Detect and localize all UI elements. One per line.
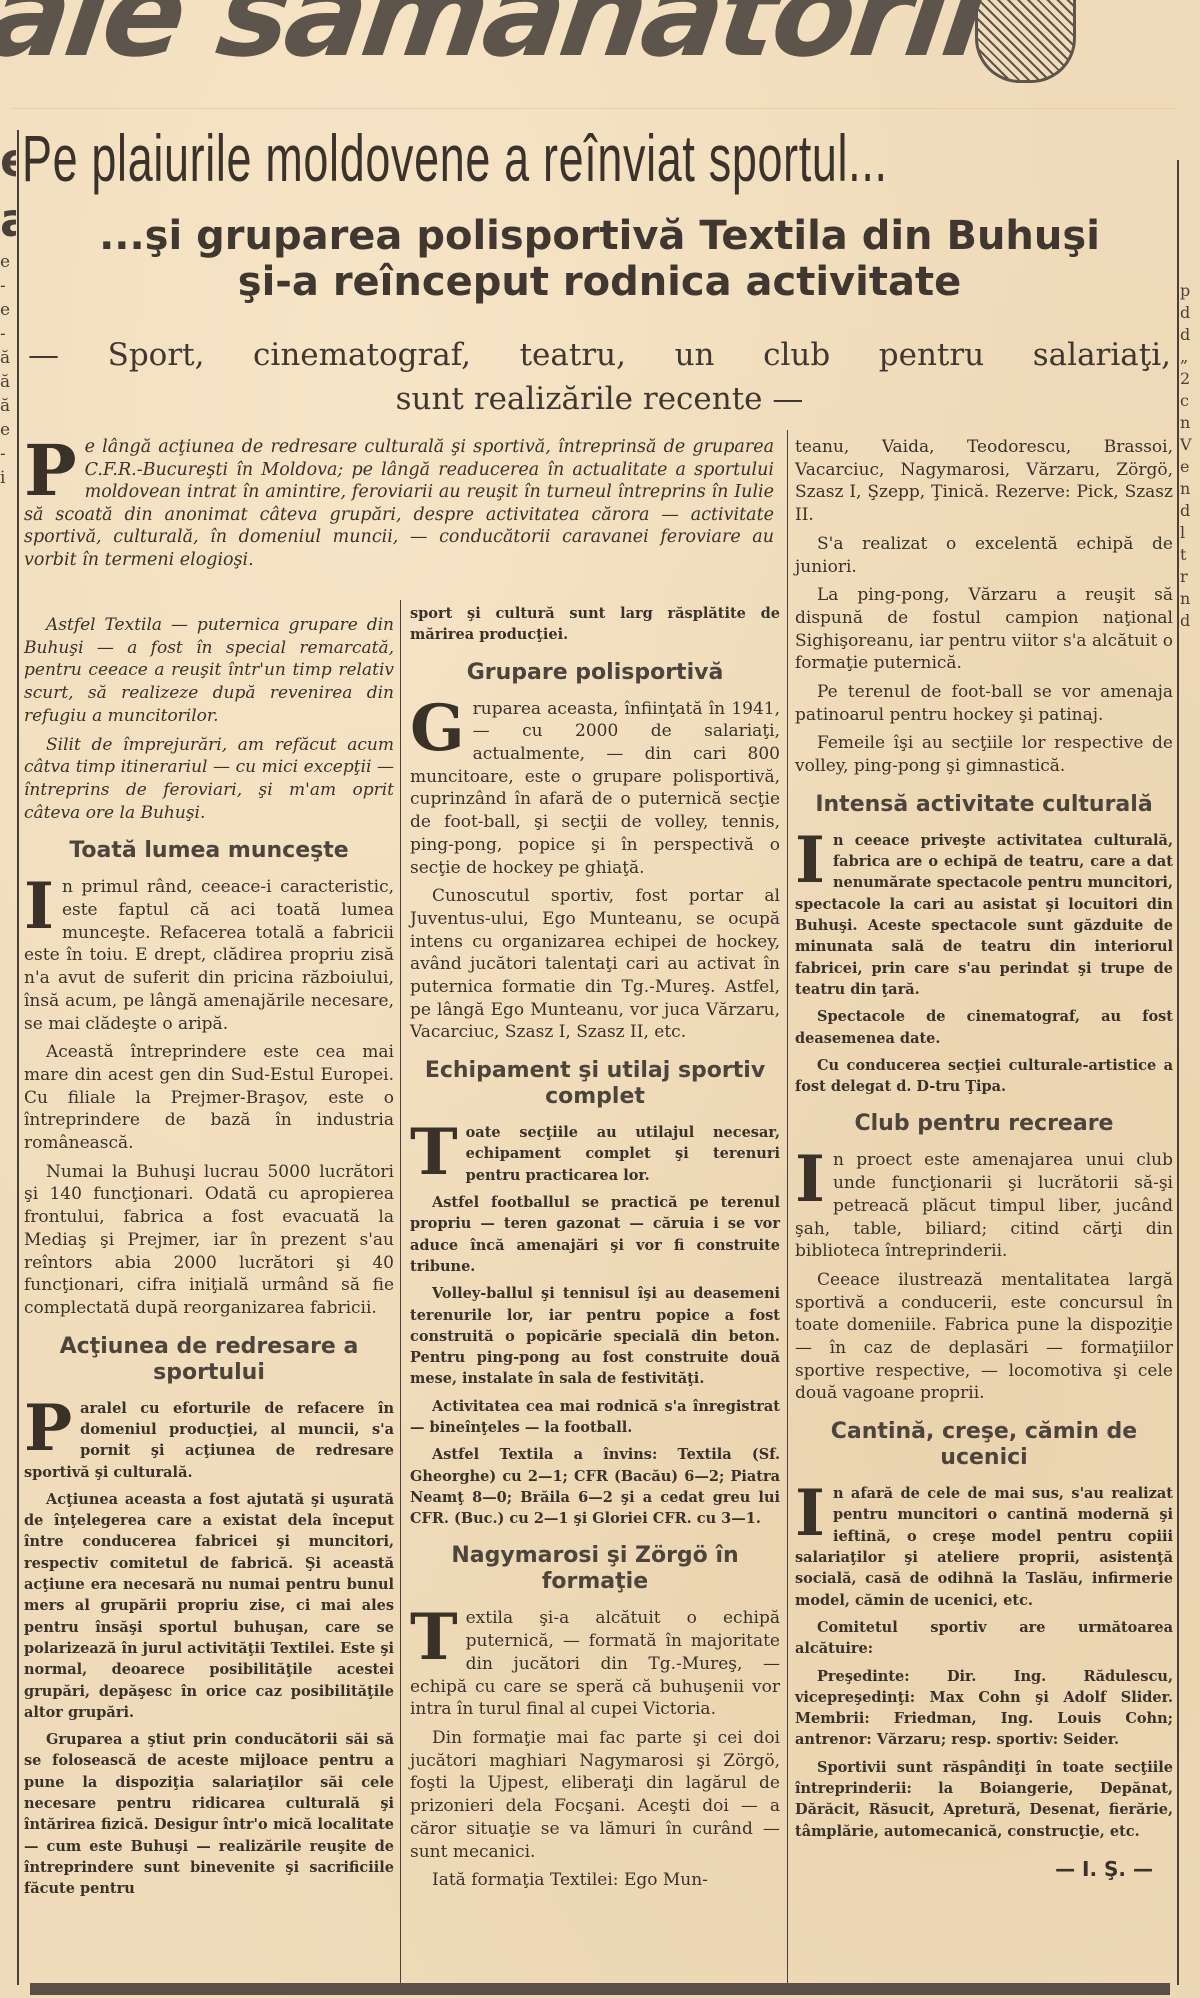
drop-cap: P	[24, 1402, 72, 1456]
column-rule-1	[400, 600, 401, 1985]
article-column-3: teanu, Vaida, Teodorescu, Brassoi, Vacar…	[795, 436, 1173, 1881]
drop-cap: T	[410, 1126, 458, 1180]
paragraph: Sportivii sunt răspândiţi în toate secţi…	[795, 1757, 1173, 1842]
paragraph: La ping-pong, Vărzaru a reuşit să dispun…	[795, 584, 1173, 675]
edge-char: t	[1180, 544, 1200, 566]
paragraph: In proect este amenajarea unui club unde…	[795, 1149, 1173, 1263]
article-column-2: sport şi cultură sunt larg răsplătite de…	[410, 603, 780, 1898]
edge-char: ă	[0, 394, 16, 418]
subheading: Nagymarosi şi Zörgö în formaţie	[410, 1543, 780, 1595]
paragraph: Gruparea a ştiut prin conducătorii săi s…	[24, 1729, 394, 1899]
edge-char: n	[1180, 588, 1200, 610]
secondary-headline: ...şi gruparea polisportivă Textila din …	[22, 213, 1177, 305]
article-column-1: Astfel Textila — puternica grupare din B…	[24, 614, 394, 1906]
drop-cap: T	[410, 1611, 458, 1665]
subheading: Cantină, creşe, cămin de ucenici	[795, 1419, 1173, 1471]
edge-char: -	[0, 442, 16, 466]
edge-char: e	[0, 418, 16, 442]
paragraph: In ceeace priveşte activitatea culturală…	[795, 830, 1173, 1000]
top-divider	[12, 108, 1177, 109]
paragraph: Această întreprindere este cea mai mare …	[24, 1041, 394, 1155]
bottom-divider	[30, 1983, 1170, 1995]
edge-char: d	[1180, 610, 1200, 632]
deck-line1: — Sport, cinematograf, teatru, un club p…	[22, 333, 1177, 377]
paragraph: S'a realizat o excelentă echipă de junio…	[795, 533, 1173, 578]
subheading: Intensă activitate culturală	[795, 792, 1173, 818]
subheading: Toată lumea munceşte	[24, 838, 394, 864]
edge-char: l	[1180, 522, 1200, 544]
deck-line2: sunt realizările recente —	[396, 381, 804, 417]
edge-char: d	[1180, 500, 1200, 522]
drop-cap: I	[24, 880, 54, 934]
paragraph: Spectacole de cinematograf, au fost deas…	[795, 1006, 1173, 1049]
paragraph: Textila şi-a alcătuit o echipă puternică…	[410, 1607, 780, 1721]
paragraph-text: ruparea aceasta, înfiinţată în 1941, — c…	[410, 699, 780, 878]
edge-char: d	[1180, 302, 1200, 324]
edge-char: a	[0, 190, 16, 250]
paragraph: Gruparea aceasta, înfiinţată în 1941, — …	[410, 698, 780, 880]
drop-cap: G	[410, 702, 465, 756]
paragraph: Din formaţie mai fac parte şi cei doi ju…	[410, 1727, 780, 1863]
paragraph: Preşedinte: Dir. Ing. Rădulescu, vicepre…	[795, 1666, 1173, 1751]
drop-cap: I	[795, 1153, 825, 1207]
paragraph: Astfel Textila a învins: Textila (Sf. Gh…	[410, 1444, 780, 1529]
paragraph-text: extila şi-a alcătuit o echipă puternică,…	[410, 1608, 780, 1719]
paragraph: In afară de cele de mai sus, s'au realiz…	[795, 1483, 1173, 1611]
paragraph: Cu conducerea secţiei culturale-artistic…	[795, 1055, 1173, 1098]
paragraph: Activitatea cea mai rodnică s'a înregist…	[410, 1396, 780, 1439]
paragraph: teanu, Vaida, Teodorescu, Brassoi, Vacar…	[795, 436, 1173, 527]
column-rule-2	[787, 430, 788, 1985]
right-border-rule	[1177, 160, 1179, 1985]
deck-headline: — Sport, cinematograf, teatru, un club p…	[22, 333, 1177, 421]
edge-char: e	[1180, 456, 1200, 478]
intro-paragraph: Astfel Textila — puternica grupare din B…	[24, 614, 394, 728]
edge-char: -	[0, 322, 16, 346]
lead-text: e lângă acţiunea de redresare culturală …	[24, 437, 774, 570]
edge-char: c	[1180, 390, 1200, 412]
paragraph-text: n ceeace priveşte activitatea culturală,…	[795, 832, 1173, 998]
paragraph: Ceeace ilustrează mentalitatea largă spo…	[795, 1269, 1173, 1405]
drop-cap: P	[24, 440, 77, 502]
lead-paragraph: P e lângă acţiunea de redresare cultural…	[24, 436, 774, 571]
secondary-headline-line1: ...şi gruparea polisportivă Textila din …	[22, 213, 1177, 259]
edge-char: e	[0, 130, 16, 190]
edge-char: ă	[0, 370, 16, 394]
paragraph: Toate secţiile au utilajul necesar, echi…	[410, 1122, 780, 1186]
crest-icon	[975, 0, 1076, 83]
edge-char: 2	[1180, 368, 1200, 390]
paragraph: Paralel cu eforturile de refacere în dom…	[24, 1398, 394, 1483]
paragraph: Iată formaţia Textilei: Ego Mun-	[410, 1869, 780, 1892]
main-headline: Pe plaiurile moldovene a reînviat sportu…	[22, 118, 804, 198]
left-edge-fragments: e a e - e - ă ă ă e - i	[0, 130, 16, 490]
left-border-rule	[17, 130, 19, 1985]
secondary-headline-line2: şi-a reînceput rodnica activitate	[22, 259, 1177, 305]
edge-char: „	[1180, 346, 1200, 368]
paragraph-text: oate secţiile au utilajul necesar, echip…	[466, 1124, 780, 1184]
paragraph: In primul rând, ceeace-i caracteristic, …	[24, 876, 394, 1035]
subheading: Acţiunea de redresare a sportului	[24, 1334, 394, 1386]
drop-cap: I	[795, 834, 825, 888]
edge-char: -	[0, 274, 16, 298]
paragraph: Pe terenul de foot-ball se vor amenaja p…	[795, 681, 1173, 726]
subheading: Club pentru recreare	[795, 1111, 1173, 1137]
masthead-title: ale sămănătorii	[0, 0, 991, 84]
paragraph: sport şi cultură sunt larg răsplătite de…	[410, 603, 780, 646]
paragraph: Volley-ballul şi tennisul îşi au deaseme…	[410, 1283, 780, 1389]
edge-char: p	[1180, 280, 1200, 302]
paragraph: Acţiunea aceasta a fost ajutată şi uşura…	[24, 1489, 394, 1723]
edge-char: d	[1180, 324, 1200, 346]
paragraph: Comitetul sportiv are următoarea alcătui…	[795, 1617, 1173, 1660]
edge-char: e	[0, 298, 16, 322]
subheading: Grupare polisportivă	[410, 660, 780, 686]
edge-char: r	[1180, 566, 1200, 588]
paragraph-text: n proect este amenajarea unui club unde …	[795, 1150, 1173, 1261]
edge-char: n	[1180, 478, 1200, 500]
paragraph-text: n primul rând, ceeace-i caracteristic, e…	[24, 877, 394, 1033]
intro-paragraph: Silit de împrejurări, am refăcut acum câ…	[24, 734, 394, 825]
paragraph-text: aralel cu eforturile de refacere în dome…	[24, 1400, 394, 1481]
paragraph: Femeile îşi au secţiile lor respective d…	[795, 732, 1173, 777]
edge-char: e	[0, 250, 16, 274]
author-signature: — I. Ş. —	[795, 1858, 1153, 1881]
edge-char: V	[1180, 434, 1200, 456]
drop-cap: I	[795, 1487, 825, 1541]
right-edge-fragments: p d d „ 2 c n V e n d l t r n d	[1180, 280, 1200, 632]
edge-char: ă	[0, 346, 16, 370]
masthead-fragment: ale sămănătorii	[0, 0, 1200, 95]
paragraph: Cunoscutul sportiv, fost portar al Juven…	[410, 885, 780, 1044]
paragraph: Numai la Buhuşi lucrau 5000 lucrători şi…	[24, 1161, 394, 1320]
paragraph: Astfel footballul se practică pe terenul…	[410, 1192, 780, 1277]
edge-char: i	[0, 466, 16, 490]
edge-char: n	[1180, 412, 1200, 434]
subheading: Echipament şi utilaj sportiv complet	[410, 1058, 780, 1110]
paragraph-text: n afară de cele de mai sus, s'au realiza…	[795, 1485, 1173, 1608]
